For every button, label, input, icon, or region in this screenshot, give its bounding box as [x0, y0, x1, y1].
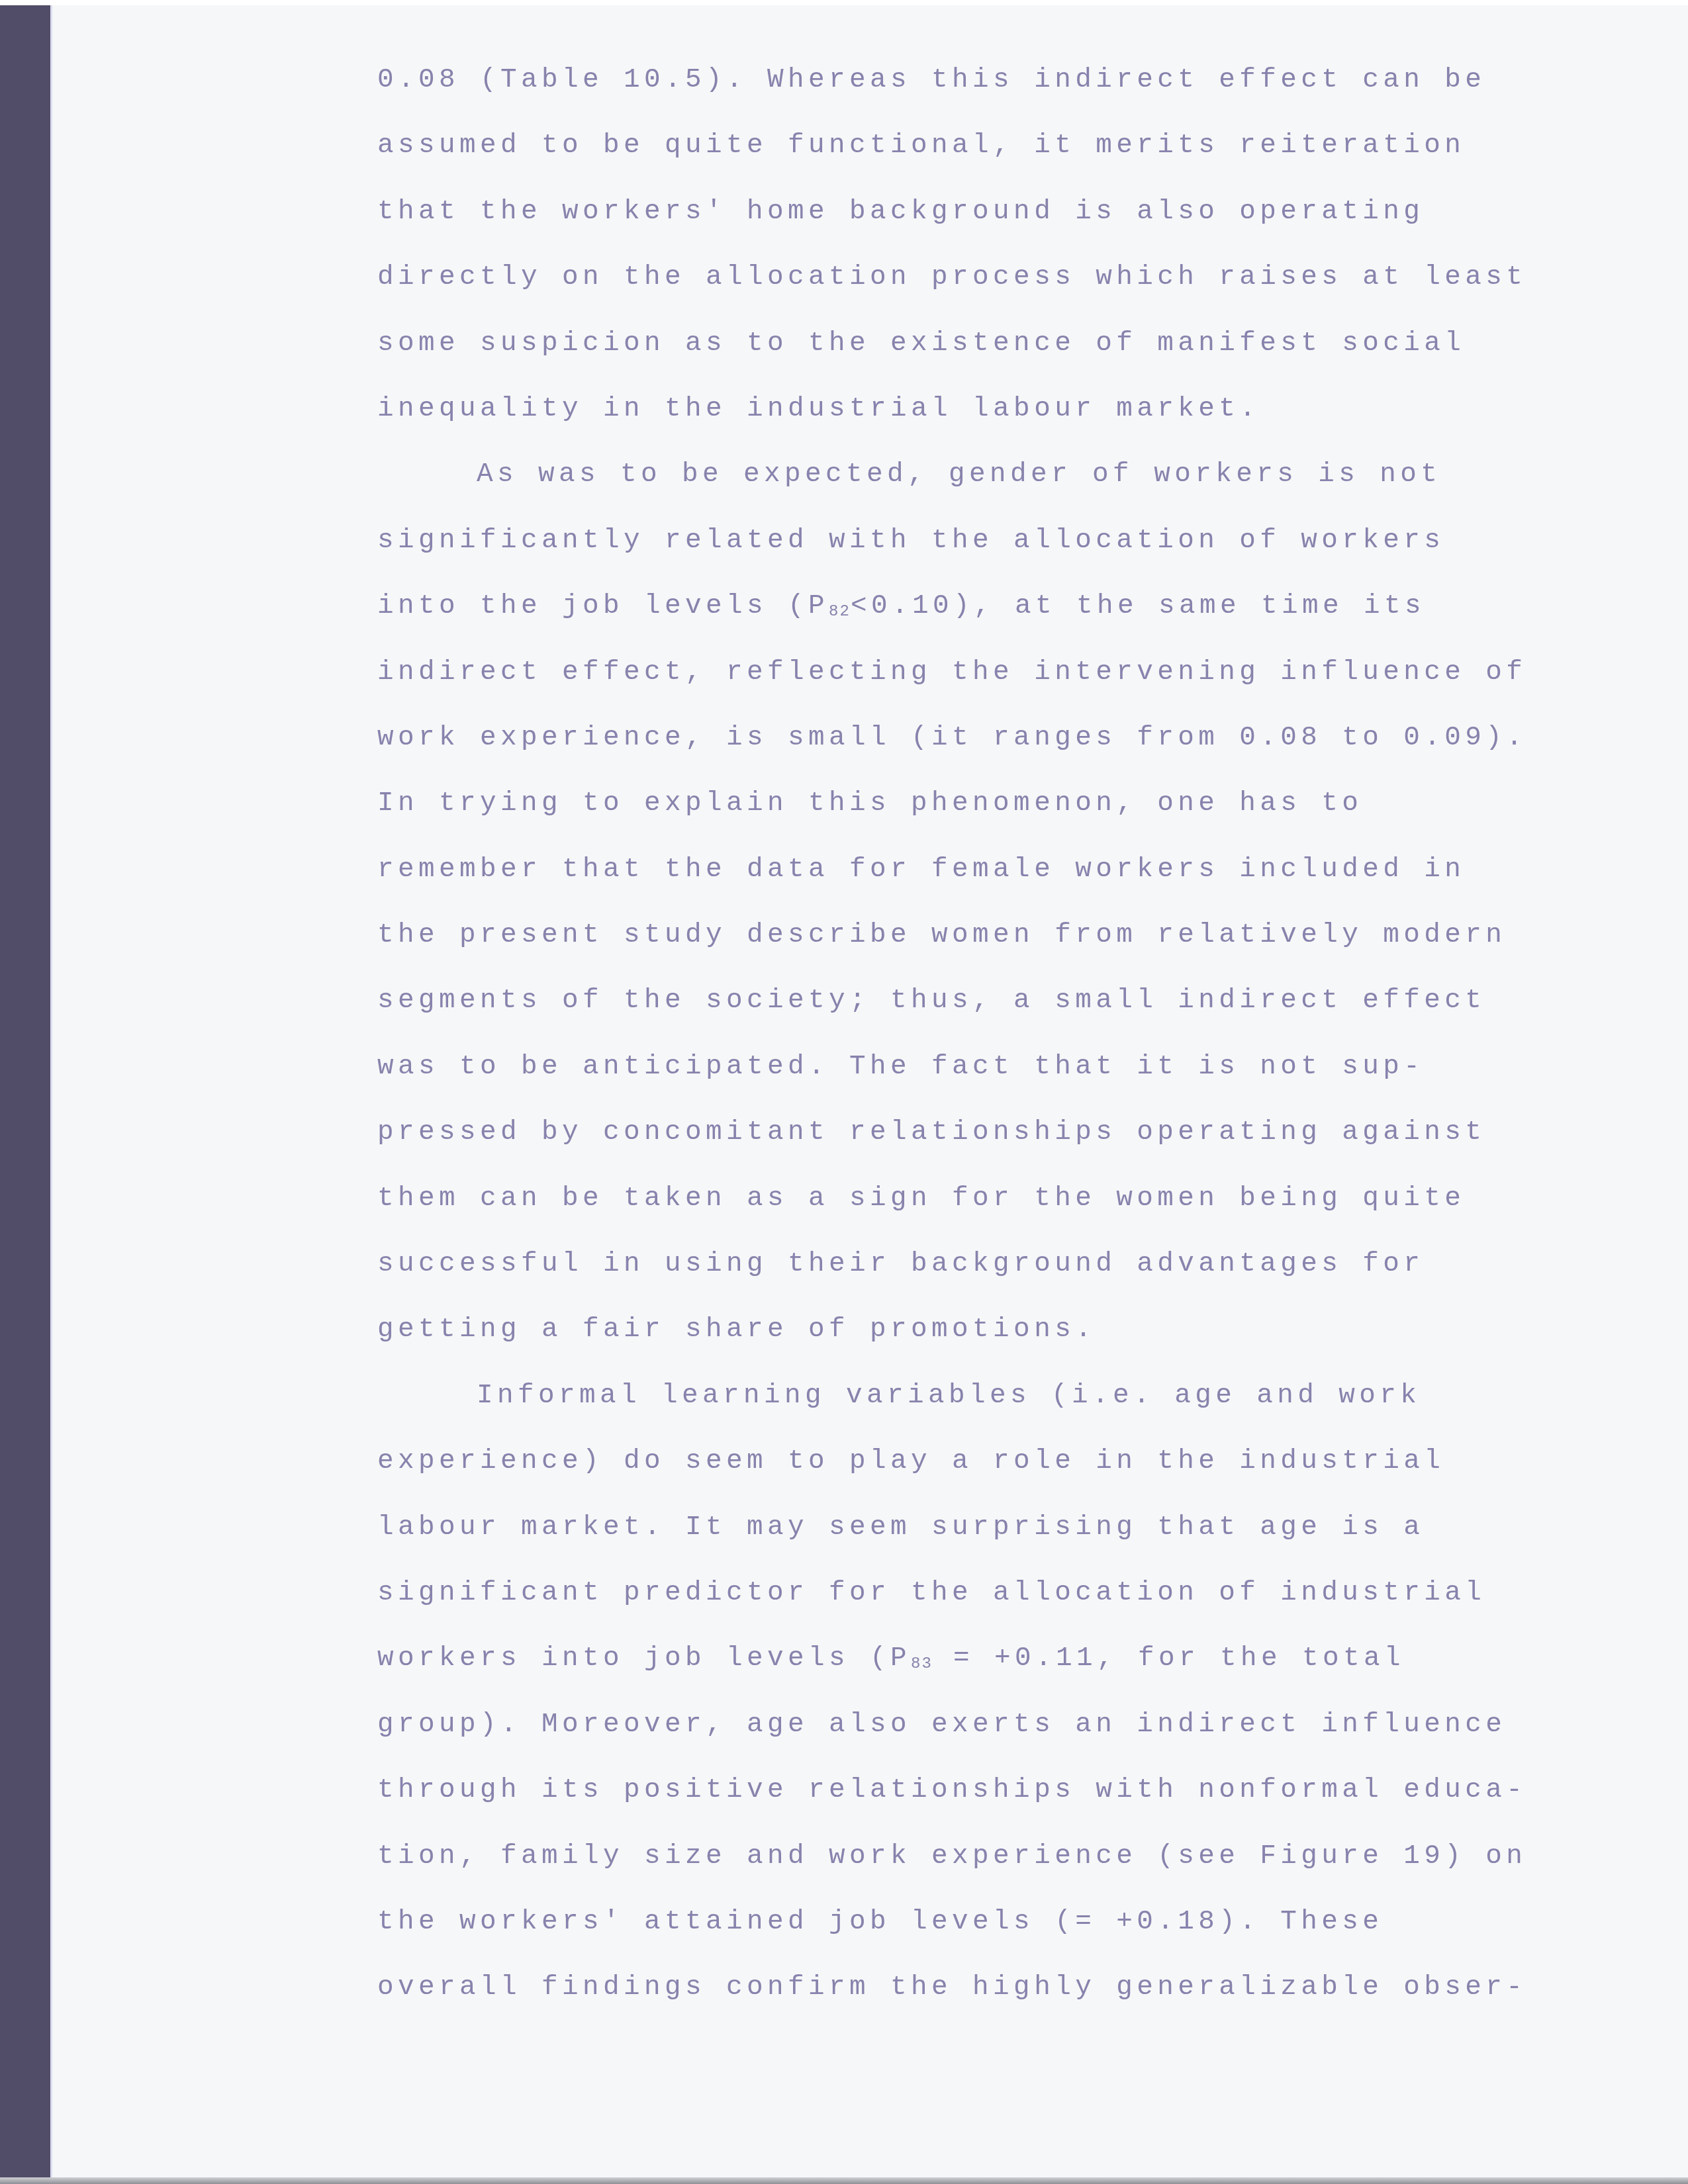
text-line: inequality in the industrial labour mark… [377, 377, 1635, 442]
text-line: tion, family size and work experience (s… [377, 1824, 1635, 1889]
text-line: significant predictor for the allocation… [377, 1561, 1635, 1626]
text-line: successful in using their background adv… [377, 1232, 1635, 1297]
text-line: work experience, is small (it ranges fro… [377, 705, 1635, 771]
text-line: overall findings confirm the highly gene… [377, 1955, 1635, 2021]
text-segment: <0.10), at the same time its [851, 591, 1425, 621]
text-line: assumed to be quite functional, it merit… [377, 113, 1635, 179]
text-line: them can be taken as a sign for the wome… [377, 1166, 1635, 1232]
text-segment: workers into job levels (P [377, 1643, 911, 1674]
text-line: into the job levels (P82<0.10), at the s… [377, 574, 1635, 639]
text-line: the workers' attained job levels (= +0.1… [377, 1889, 1635, 1955]
text-line: getting a fair share of promotions. [377, 1297, 1635, 1363]
subscript: 83 [911, 1655, 933, 1673]
text-line: indirect effect, reflecting the interven… [377, 640, 1635, 705]
text-line: In trying to explain this phenomenon, on… [377, 771, 1635, 837]
text-line: the present study describe women from re… [377, 903, 1635, 968]
text-line: directly on the allocation process which… [377, 245, 1635, 310]
text-line: segments of the society; thus, a small i… [377, 968, 1635, 1034]
document-body: 0.08 (Table 10.5). Whereas this indirect… [377, 48, 1635, 2021]
text-line: through its positive relationships with … [377, 1758, 1635, 1823]
text-line: group). Moreover, age also exerts an ind… [377, 1692, 1635, 1758]
text-segment: into the job levels (P [377, 591, 829, 621]
text-line: that the workers' home background is als… [377, 179, 1635, 245]
text-segment: = +0.11, for the total [933, 1643, 1405, 1674]
text-line: some suspicion as to the existence of ma… [377, 311, 1635, 377]
scan-binding-edge [0, 5, 52, 2179]
text-lines: 0.08 (Table 10.5). Whereas this indirect… [377, 48, 1635, 2021]
text-line: experience) do seem to play a role in th… [377, 1429, 1635, 1494]
text-line: labour market. It may seem surprising th… [377, 1495, 1635, 1561]
text-line: remember that the data for female worker… [377, 837, 1635, 903]
text-line: 0.08 (Table 10.5). Whereas this indirect… [377, 48, 1635, 113]
text-line: workers into job levels (P83 = +0.11, fo… [377, 1626, 1635, 1692]
text-line: Informal learning variables (i.e. age an… [377, 1363, 1635, 1429]
scan-top-strip [0, 0, 1688, 5]
text-line: significantly related with the allocatio… [377, 508, 1635, 574]
text-line: pressed by concomitant relationships ope… [377, 1100, 1635, 1165]
scan-bottom-edge [0, 2177, 1688, 2184]
text-line: was to be anticipated. The fact that it … [377, 1034, 1635, 1100]
text-line: As was to be expected, gender of workers… [377, 442, 1635, 508]
subscript: 82 [829, 603, 851, 621]
